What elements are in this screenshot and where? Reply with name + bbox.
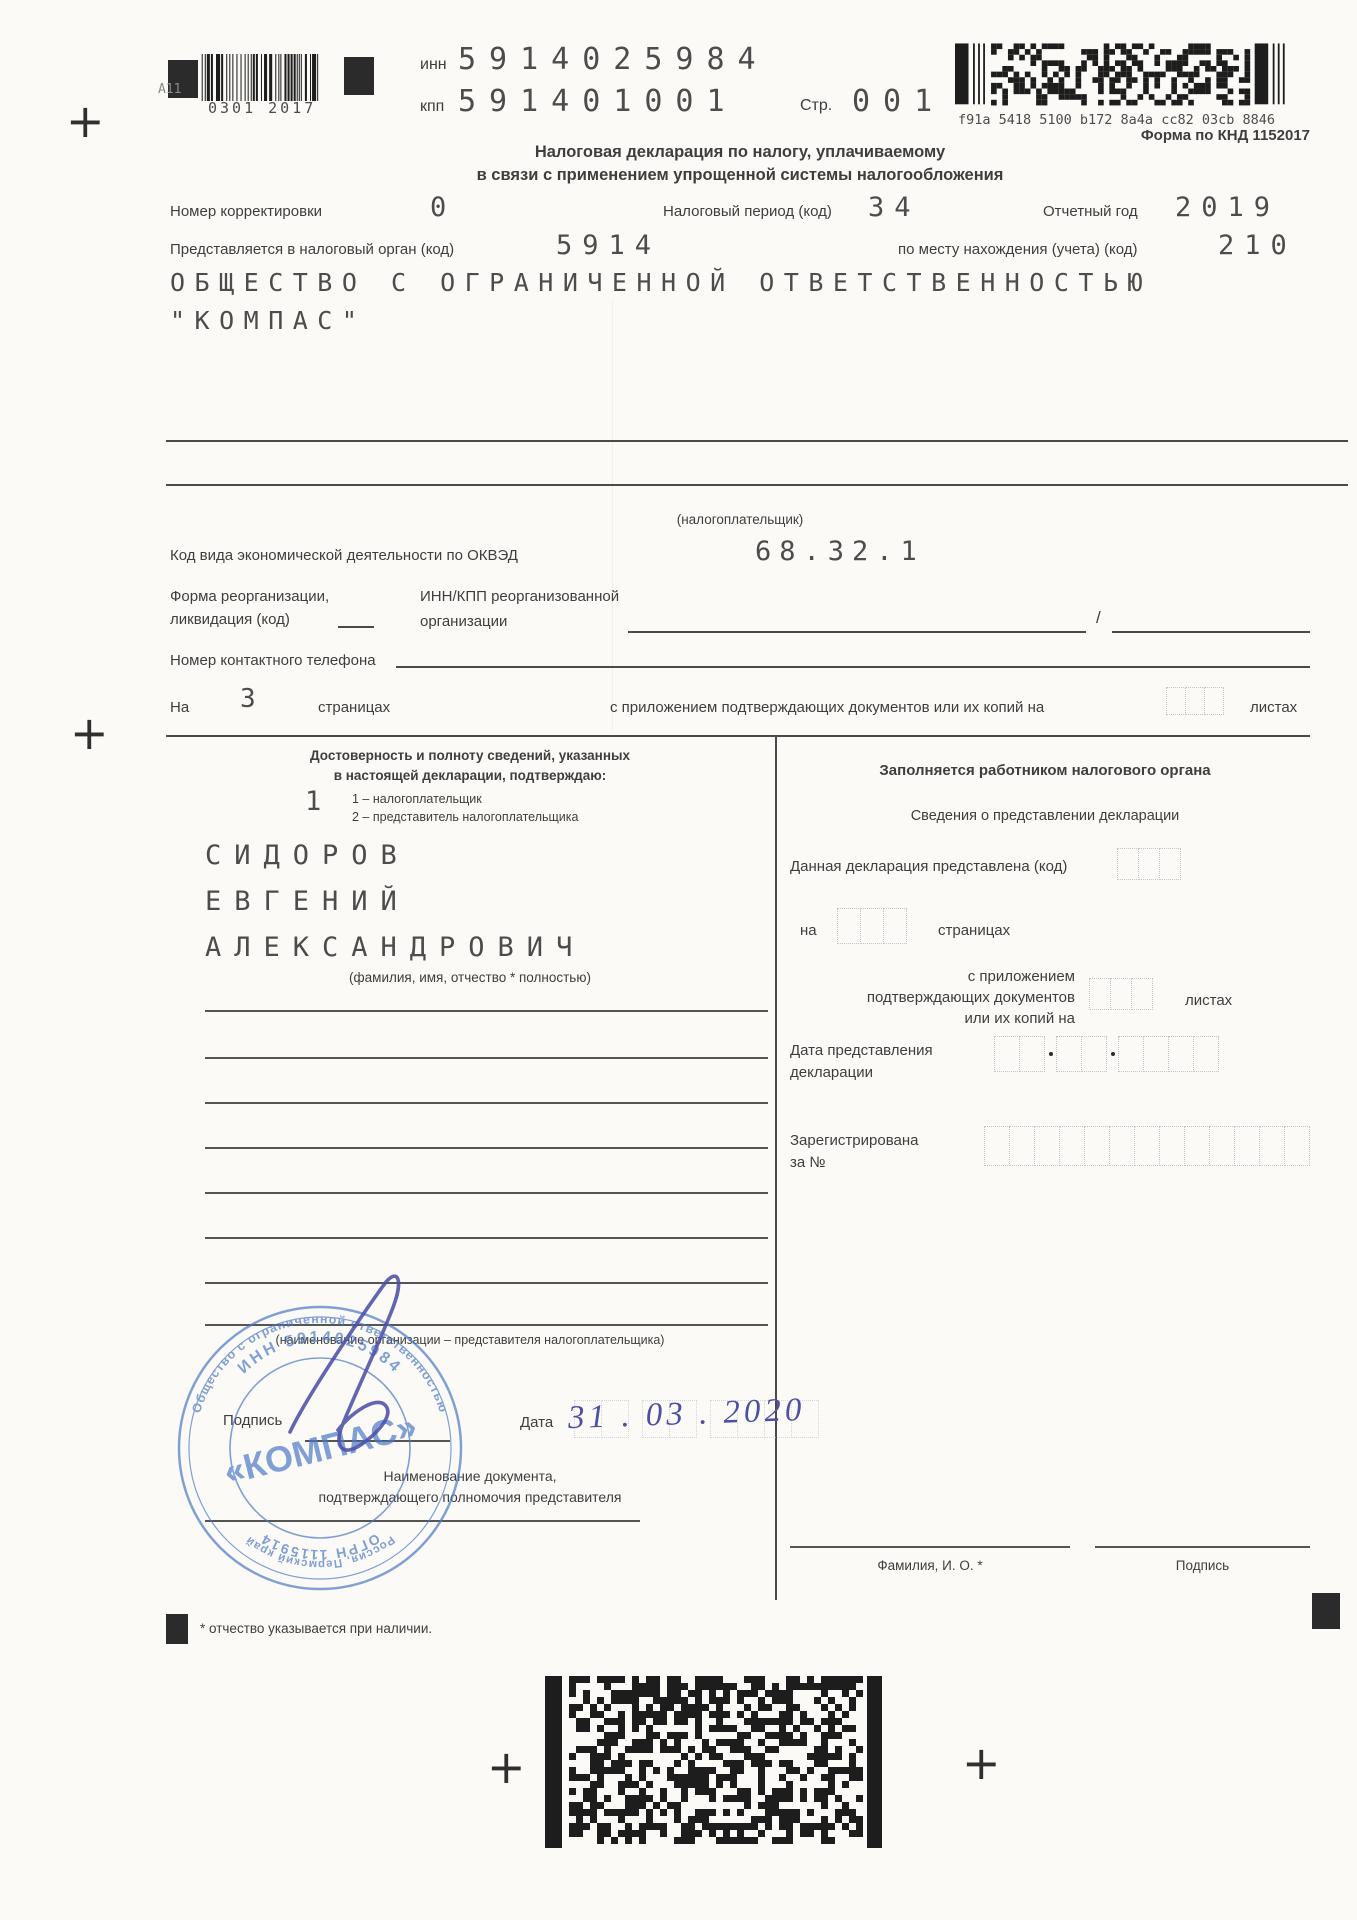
plus-mark: + — [962, 1740, 1001, 1786]
fill-line — [338, 626, 374, 628]
fill-line — [396, 666, 1310, 668]
confirm-heading: в настоящей декларации, подтверждаю: — [180, 768, 760, 783]
reg-label: Зарегистрирована — [790, 1132, 918, 1149]
dotted-cells — [1090, 978, 1153, 1010]
inn-label: инн — [420, 56, 447, 74]
blank-line — [166, 484, 1348, 486]
black-square — [344, 57, 374, 95]
pages-value: 3 — [240, 684, 256, 714]
signer-option: 2 – представитель налогоплательщика — [352, 810, 578, 824]
tax-authority-label: Представляется в налоговый орган (код) — [170, 241, 454, 258]
slash: / — [1096, 608, 1101, 628]
page-value: 001 — [852, 84, 945, 119]
report-year-value: 2019 — [1175, 192, 1280, 223]
tax-declaration-page: + + + + A11 0301 2017 инн 5914025984 кпп… — [0, 0, 1357, 1920]
plus-mark: + — [70, 710, 109, 756]
barcode-2d-caption: f91a 5418 5100 b172 8a4a cc82 03cb 8846 — [958, 112, 1275, 128]
pages-prefix: На — [170, 699, 189, 716]
dotted-cells — [1167, 687, 1224, 715]
column-divider — [775, 735, 777, 1600]
reg-label: за № — [790, 1154, 825, 1171]
tax-period-value: 34 — [868, 192, 921, 223]
footnote: * отчество указывается при наличии. — [200, 1621, 432, 1636]
blank-line — [205, 1237, 768, 1239]
kpp-value: 591401001 — [458, 84, 738, 119]
taxpayer-caption: (налогоплательщик) — [165, 512, 1315, 527]
fill-line — [1112, 631, 1310, 633]
taxpayer-name-line1: ОБЩЕСТВО С ОГРАНИЧЕННОЙ ОТВЕТСТВЕННОСТЬЮ — [170, 268, 1152, 297]
barcode-digits: 0301 2017 — [208, 99, 316, 117]
taxpayer-name-line2: "КОМПАС" — [170, 306, 366, 335]
blank-line — [205, 1057, 768, 1059]
signer-option: 1 – налогоплательщик — [352, 792, 482, 806]
phone-label: Номер контактного телефона — [170, 652, 376, 669]
barcode-label: A11 — [158, 82, 181, 97]
okved-value: 68.32.1 — [755, 536, 925, 567]
knd-form-label: Форма по КНД 1152017 — [900, 127, 1310, 144]
dotted-cells — [1118, 848, 1181, 880]
confirm-heading: Достоверность и полноту сведений, указан… — [180, 748, 760, 763]
signature-scribble — [282, 1272, 442, 1472]
pages-word: страницах — [938, 922, 1010, 939]
section-divider — [166, 735, 1310, 737]
tax-authority-value: 5914 — [556, 230, 661, 261]
surname-caption: Фамилия, И. О. * — [790, 1558, 1070, 1573]
blank-line — [205, 1192, 768, 1194]
blank-line — [205, 1010, 768, 1012]
attachments-label: с приложением подтверждающих документов … — [610, 699, 1044, 716]
dotted-cells — [995, 1036, 1219, 1072]
reorg-inn-label: ИНН/КПП реорганизованной — [420, 588, 619, 605]
dotted-cells — [985, 1126, 1310, 1166]
blank-line — [205, 1147, 768, 1149]
form-title-line2: в связи с применением упрощенной системы… — [165, 166, 1315, 185]
location-code-value: 210 — [1218, 230, 1297, 261]
date-label: Дата — [520, 1414, 553, 1431]
attach-note: или их копий на — [790, 1010, 1075, 1027]
correction-value: 0 — [430, 192, 446, 223]
location-code-label: по месту нахождения (учета) (код) — [898, 241, 1138, 258]
inn-value: 5914025984 — [458, 42, 769, 77]
report-year-label: Отчетный год — [1043, 203, 1138, 220]
worker-section-heading: Заполняется работником налогового органа — [785, 762, 1305, 779]
presented-label: Данная декларация представлена (код) — [790, 858, 1067, 875]
attach-note: подтверждающих документов — [790, 989, 1075, 1006]
kpp-label: кпп — [420, 98, 444, 116]
dotted-cells — [838, 908, 907, 944]
worker-subheading: Сведения о представлении декларации — [785, 808, 1305, 824]
black-square — [1312, 1593, 1340, 1629]
blank-line — [166, 440, 1348, 442]
barcode-2d — [955, 42, 1293, 108]
reorg-label: ликвидация (код) — [170, 611, 290, 628]
form-title-line1: Налоговая декларация по налогу, уплачива… — [165, 143, 1315, 162]
page-label: Стр. — [800, 97, 832, 115]
reorg-inn-label: организации — [420, 613, 507, 630]
name-caption: (фамилия, имя, отчество * полностью) — [180, 970, 760, 985]
fill-line — [628, 631, 1086, 633]
on-label: на — [800, 922, 817, 939]
qr-barcode — [545, 1676, 890, 1848]
signer-name-line: ЕВГЕНИЙ — [205, 886, 410, 917]
blank-line — [205, 1102, 768, 1104]
date-presented-label: Дата представления — [790, 1042, 933, 1059]
date-presented-label: декларации — [790, 1064, 873, 1081]
tax-period-label: Налоговый период (код) — [663, 203, 832, 220]
blank-line — [1095, 1546, 1310, 1548]
barcode-1d — [200, 54, 326, 101]
okved-label: Код вида экономической деятельности по О… — [170, 547, 518, 564]
attach-note: с приложением — [790, 968, 1075, 985]
signature-caption: Подпись — [1095, 1558, 1310, 1573]
plus-mark: + — [487, 1744, 526, 1790]
signer-name-line: СИДОРОВ — [205, 840, 410, 871]
pages-suffix: страницах — [318, 699, 390, 716]
plus-mark: + — [66, 98, 105, 144]
blank-line — [790, 1546, 1070, 1548]
sheets-word: листах — [1185, 992, 1232, 1009]
black-square — [166, 1614, 188, 1644]
signer-name-line: АЛЕКСАНДРОВИЧ — [205, 932, 585, 963]
reorg-label: Форма реорганизации, — [170, 588, 329, 605]
signer-code-value: 1 — [305, 786, 321, 817]
sheets-label: листах — [1250, 699, 1297, 716]
correction-label: Номер корректировки — [170, 203, 322, 220]
